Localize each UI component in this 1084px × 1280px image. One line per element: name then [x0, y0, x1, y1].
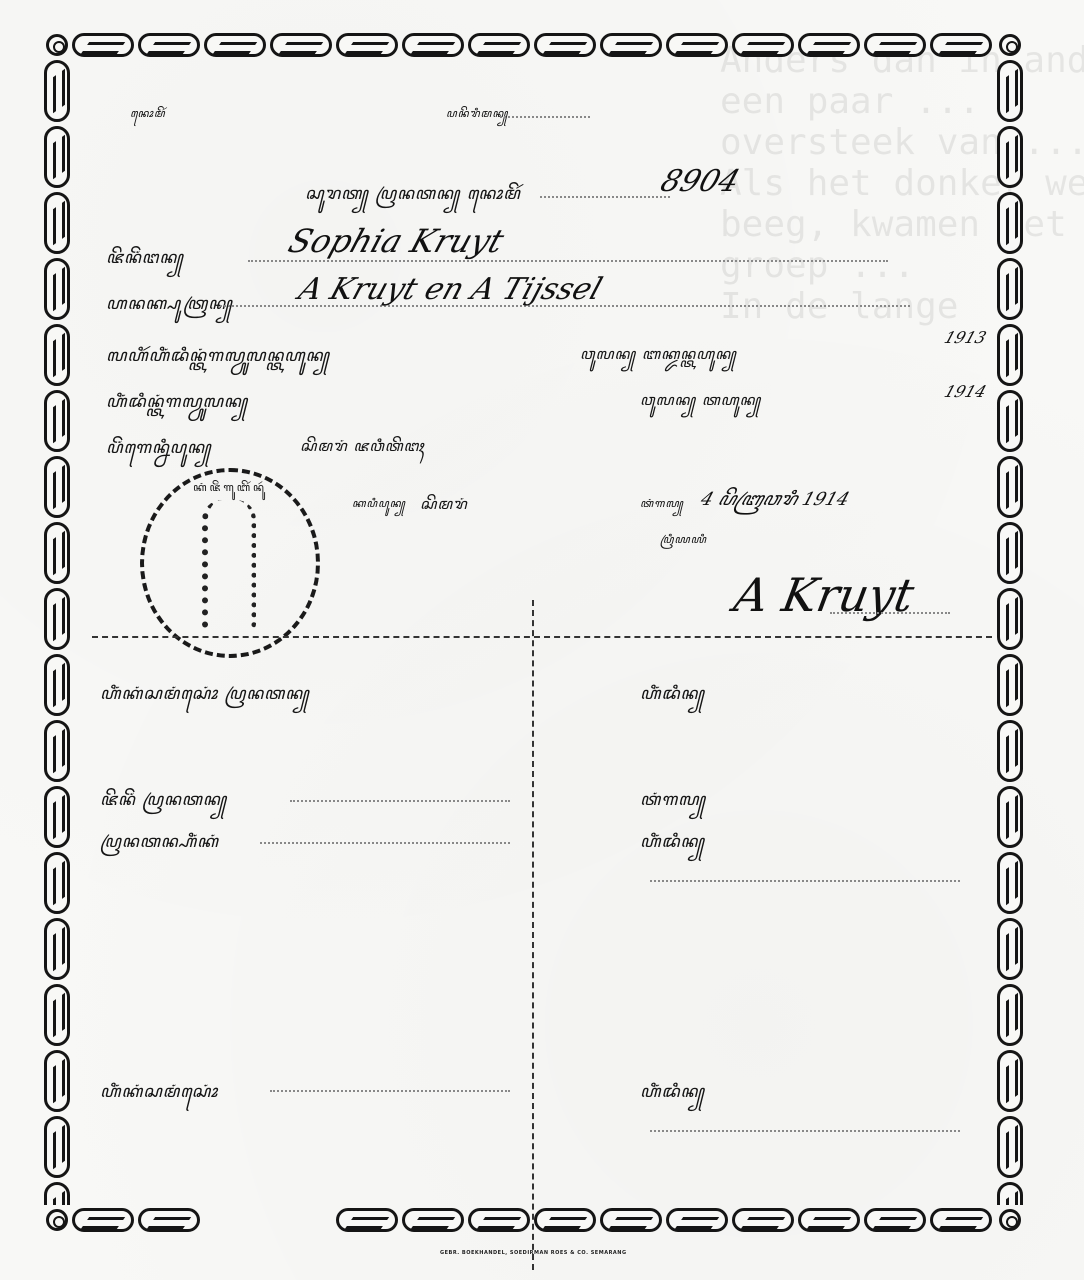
corner-ornament-bl — [46, 1209, 68, 1231]
field-label-place: ꦥꦼꦁꦒꦺꦤ꧀ꦤꦶꦥꦸꦤ꧀ — [106, 434, 211, 469]
field-label-birth: ꦭꦲꦶꦂꦲꦶꦁꦢꦶꦤ꧀ꦠꦁꦒꦭ꧀ꦮꦸꦭꦤ꧀ꦠꦲꦸꦤ꧀ — [106, 342, 330, 377]
printer-imprint: GEBR. BOEKHANDEL, SOEDIRMAN ROES & CO. S… — [440, 1250, 627, 1256]
field-value-place: ꦱꦼꦩꦫꦁ ꦗꦮꦶꦠꦼꦔꦃ — [300, 434, 424, 465]
row3-dotline — [260, 842, 510, 844]
lower-row1-right: ꦲꦶꦁꦢꦶꦤ꧀ — [640, 680, 705, 715]
field-value-name: Sophia Kruyt — [284, 222, 509, 260]
corner-ornament-br — [999, 1209, 1021, 1231]
issuance-date: 4 ꦥꦼꦧꦿꦮꦫꦶ 1914 — [694, 486, 853, 522]
border-left — [42, 60, 72, 1205]
field-label-parents: ꦲꦤꦏ꧀ꦥꦸꦠꦿꦤ꧀ — [106, 290, 233, 325]
field-value-birth: ꦮꦸꦭꦤ꧀ ꦧꦏ꧀ꦢꦤ꧀ꦠꦲꦸꦤ꧀ — [580, 342, 737, 373]
issuance-label: ꦏꦥꦶꦥꦸꦤ꧀ — [352, 496, 406, 518]
header-left-label: ꦤꦺꦴꦩꦼꦂ — [130, 106, 166, 128]
lower-row2-left: ꦗꦼꦤꦼꦁ ꦥꦿꦤꦠꦤ꧀ — [100, 786, 227, 821]
section-divider — [92, 636, 992, 638]
official-label: ꦥꦿꦶꦪꦪꦶ — [660, 532, 707, 554]
border-top — [72, 30, 996, 60]
lower-row2-right: ꦠꦁꦒꦭ꧀ — [640, 786, 706, 821]
lower-row1-left: ꦲꦶꦁꦏꦁꦱꦩꦁꦱꦺꦴꦁ ꦥꦿꦤꦠꦤ꧀ — [100, 680, 310, 715]
issuance-place: ꦱꦼꦩꦫꦁ — [420, 492, 468, 523]
title-line: ꦱꦸꦫꦠ꧀ ꦥꦿꦤꦠꦤ꧀ ꦤꦺꦴꦩꦼꦂ — [305, 180, 521, 215]
row2-dotline — [290, 800, 510, 802]
signature-dotline — [830, 612, 950, 614]
field-label-name: ꦗꦼꦤꦼꦁꦔꦤ꧀ — [106, 244, 184, 279]
border-right — [995, 60, 1025, 1205]
field-note-date: 1914 — [942, 382, 989, 401]
field-note-birth: 1913 — [942, 328, 989, 347]
official-seal: ꦏꦁꦗꦼꦁꦒꦸꦧꦼꦂꦤꦸꦂ — [140, 468, 320, 658]
field-value-date: ꦮꦸꦭꦤ꧀ ꦠꦲꦸꦤ꧀ — [640, 388, 761, 419]
row3-right-dotline — [650, 880, 960, 882]
seal-text: ꦏꦁꦗꦼꦁꦒꦸꦧꦼꦂꦤꦸꦂ — [154, 480, 306, 502]
border-bottom-right — [290, 1205, 996, 1235]
number-dotline — [540, 196, 670, 198]
issuance-date-label: ꦠꦁꦒꦭ꧀ — [640, 496, 684, 518]
seal-figure-icon — [202, 500, 256, 630]
corner-ornament-tr — [999, 34, 1021, 56]
lower-row4-left: ꦲꦶꦁꦏꦁꦱꦩꦁꦱꦺꦴꦁ — [100, 1078, 218, 1113]
lower-row4-right: ꦲꦶꦁꦢꦶꦤ꧀ — [640, 1078, 705, 1113]
row4-right-dotline — [650, 1130, 960, 1132]
header-right-dotline — [500, 116, 590, 118]
field-label-date: ꦲꦶꦁꦢꦶꦤ꧀ꦠꦁꦒꦭ꧀ꦮꦸꦭꦤ꧀ — [106, 388, 248, 423]
column-divider — [532, 600, 534, 1270]
row4-dotline — [270, 1090, 510, 1092]
lower-row3-right: ꦲꦶꦁꦢꦶꦤ꧀ — [640, 828, 705, 863]
border-bottom-left — [72, 1205, 202, 1235]
field-value-parents: A Kruyt en A Tijssel — [294, 272, 606, 307]
corner-ornament-tl — [46, 34, 68, 56]
name-dotline — [248, 260, 888, 262]
certificate-number: 8904 — [656, 164, 744, 199]
lower-row3-left: ꦥꦿꦤꦠꦤ꧀ꦲꦶꦁꦏꦁ — [100, 828, 219, 863]
